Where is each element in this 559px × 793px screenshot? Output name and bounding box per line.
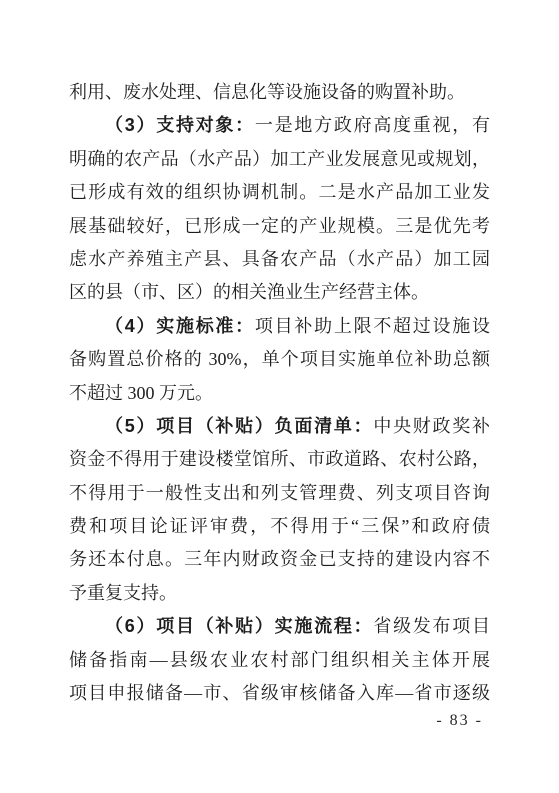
- text-line: 不得用于一般性支出和列支管理费、列支项目咨询: [69, 477, 490, 510]
- line-text: 已形成有效的组织协调机制。二是水产品加工业发: [69, 182, 490, 202]
- paragraph-label: （6）项目（补贴）实施流程：: [105, 616, 373, 636]
- line-text: 中央财政奖补: [373, 416, 490, 436]
- line-text: 备购置总价格的 30%，单个项目实施单位补助总额: [69, 349, 490, 369]
- text-line: 已形成有效的组织协调机制。二是水产品加工业发: [69, 176, 490, 209]
- text-line: 项目申报储备—市、省级审核储备入库—省市逐级: [69, 677, 490, 710]
- line-text: 储备指南—县级农业农村部门组织相关主体开展: [69, 650, 490, 670]
- paragraph-label: （4）实施标准：: [105, 316, 255, 336]
- page-number: - 83 -: [436, 712, 483, 730]
- page-content: 利用、废水处理、信息化等设施设备的购置补助。 （3）支持对象：一是地方政府高度重…: [69, 76, 490, 710]
- line-text: 予重复支持。: [69, 583, 177, 603]
- text-line: （5）项目（补贴）负面清单：中央财政奖补: [69, 410, 490, 443]
- text-line: 务还本付息。三年内财政资金已支持的建设内容不: [69, 543, 490, 576]
- document-page: 利用、废水处理、信息化等设施设备的购置补助。 （3）支持对象：一是地方政府高度重…: [0, 0, 559, 793]
- line-text: 省级发布项目: [373, 616, 490, 636]
- line-text: 利用、废水处理、信息化等设施设备的购置补助。: [69, 82, 465, 102]
- text-line: 明确的农产品（水产品）加工产业发展意见或规划，: [69, 143, 490, 176]
- paragraph-label: （5）项目（补贴）负面清单：: [105, 416, 373, 436]
- line-text: 不得用于一般性支出和列支管理费、列支项目咨询: [69, 483, 490, 503]
- text-line: 虑水产养殖主产县、具备农产品（水产品）加工园: [69, 243, 490, 276]
- line-text: 展基础较好，已形成一定的产业规模。三是优先考: [69, 216, 490, 236]
- line-text: 一是地方政府高度重视，有: [255, 115, 490, 135]
- line-text: 区的县（市、区）的相关渔业生产经营主体。: [69, 282, 429, 302]
- text-line: 费和项目论证评审费，不得用于“三保”和政府债: [69, 510, 490, 543]
- line-text: 虑水产养殖主产县、具备农产品（水产品）加工园: [69, 249, 490, 269]
- line-text: 费和项目论证评审费，不得用于“三保”和政府债: [69, 516, 490, 536]
- text-line: 资金不得用于建设楼堂馆所、市政道路、农村公路，: [69, 443, 490, 476]
- text-line: 予重复支持。: [69, 577, 490, 610]
- text-line: 利用、废水处理、信息化等设施设备的购置补助。: [69, 76, 490, 109]
- line-text: 项目补助上限不超过设施设: [255, 316, 490, 336]
- text-line: （3）支持对象：一是地方政府高度重视，有: [69, 109, 490, 142]
- paragraph-label: （3）支持对象：: [105, 115, 255, 135]
- text-line: 不超过 300 万元。: [69, 377, 490, 410]
- line-text: 资金不得用于建设楼堂馆所、市政道路、农村公路，: [69, 449, 490, 469]
- text-line: （4）实施标准：项目补助上限不超过设施设: [69, 310, 490, 343]
- text-line: （6）项目（补贴）实施流程：省级发布项目: [69, 610, 490, 643]
- text-line: 区的县（市、区）的相关渔业生产经营主体。: [69, 276, 490, 309]
- line-text: 项目申报储备—市、省级审核储备入库—省市逐级: [69, 683, 490, 703]
- text-line: 备购置总价格的 30%，单个项目实施单位补助总额: [69, 343, 490, 376]
- text-line: 展基础较好，已形成一定的产业规模。三是优先考: [69, 210, 490, 243]
- line-text: 不超过 300 万元。: [69, 383, 213, 403]
- text-line: 储备指南—县级农业农村部门组织相关主体开展: [69, 644, 490, 677]
- line-text: 务还本付息。三年内财政资金已支持的建设内容不: [69, 549, 490, 569]
- line-text: 明确的农产品（水产品）加工产业发展意见或规划，: [69, 149, 490, 169]
